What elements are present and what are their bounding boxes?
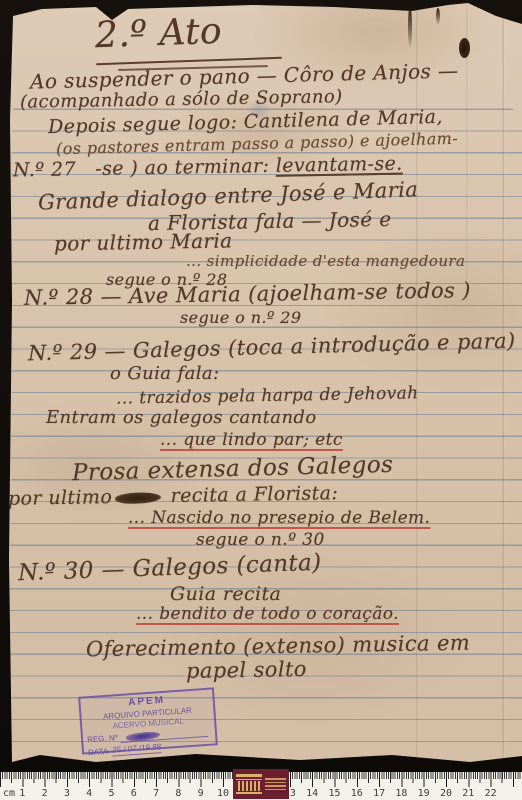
ruler-mark: 10 bbox=[217, 788, 229, 799]
manuscript-line: o Guia fala: bbox=[110, 365, 220, 383]
line-text-underlined: levantam-se. bbox=[276, 153, 403, 177]
ruler-mark: 19 bbox=[418, 788, 430, 799]
manuscript-line: ... bendito de todo o coração. bbox=[136, 606, 399, 623]
ruler-mark: 9 bbox=[198, 788, 204, 799]
ruler-mark: 4 bbox=[86, 788, 92, 799]
manuscript-line: ... que lindo par; etc bbox=[160, 432, 343, 449]
ink-stain bbox=[459, 38, 470, 58]
manuscript-line: papel solto bbox=[186, 659, 307, 682]
ruler-mark: 1 bbox=[19, 788, 25, 799]
manuscript-line: por ultimo Maria bbox=[54, 230, 233, 253]
ruler-mark: 22 bbox=[485, 788, 497, 799]
ruler-mark: 8 bbox=[175, 788, 181, 799]
ruler-mark: 14 bbox=[306, 788, 318, 799]
page-title: 2.º Ato bbox=[94, 14, 222, 54]
logo-caption-lines bbox=[265, 778, 286, 790]
manuscript-line: segue o n.º 29 bbox=[180, 310, 301, 326]
ruler-mark: 6 bbox=[131, 788, 137, 799]
archive-stamp: APEM ARQUIVO PARTICULAR ACERVO MUSICAL R… bbox=[78, 687, 218, 754]
manuscript-line: segue o n.º 30 bbox=[196, 532, 325, 549]
scanned-manuscript-page: 2.º Ato Ao suspender o pano — Côro de An… bbox=[0, 0, 522, 800]
ruler-mark: 3 bbox=[64, 788, 70, 799]
crossed-out-registration bbox=[126, 730, 161, 742]
paper-sheet: 2.º Ato Ao suspender o pano — Côro de An… bbox=[0, 0, 522, 772]
manuscript-line: Entram os galegos cantando bbox=[46, 409, 317, 427]
ruler-mark: 15 bbox=[328, 788, 340, 799]
line-text: N.º 27 -se ) ao terminar: bbox=[13, 155, 276, 182]
ink-scribble bbox=[115, 491, 162, 504]
fold-crease bbox=[502, 0, 506, 772]
archive-building-logo-icon bbox=[233, 769, 289, 799]
manuscript-line: Guia recita bbox=[170, 585, 281, 604]
stamp-reg-label: REG. Nº bbox=[87, 733, 118, 745]
line-text: recita a Florista: bbox=[164, 482, 338, 507]
ruler-mark: 20 bbox=[440, 788, 452, 799]
manuscript-line: ... Nascido no presepio de Belem. bbox=[128, 510, 430, 527]
ink-stain bbox=[408, 6, 412, 48]
ruler-mark: 2 bbox=[42, 788, 48, 799]
ruler-mark: 5 bbox=[108, 788, 114, 799]
manuscript-line: ... simplicidade d'esta mangedoura bbox=[186, 254, 465, 269]
ruler-mark: 17 bbox=[373, 788, 385, 799]
ruler-mark: 21 bbox=[462, 788, 474, 799]
ruler-mark: 7 bbox=[153, 788, 159, 799]
building-icon bbox=[236, 774, 262, 794]
ruler-unit-label: cm bbox=[3, 788, 15, 799]
line-text: por ultimo bbox=[8, 486, 113, 510]
stamp-date-label: DATA bbox=[88, 746, 109, 757]
ruler-mark: 16 bbox=[351, 788, 363, 799]
ink-stain bbox=[436, 8, 440, 24]
ruler-mark: 18 bbox=[395, 788, 407, 799]
